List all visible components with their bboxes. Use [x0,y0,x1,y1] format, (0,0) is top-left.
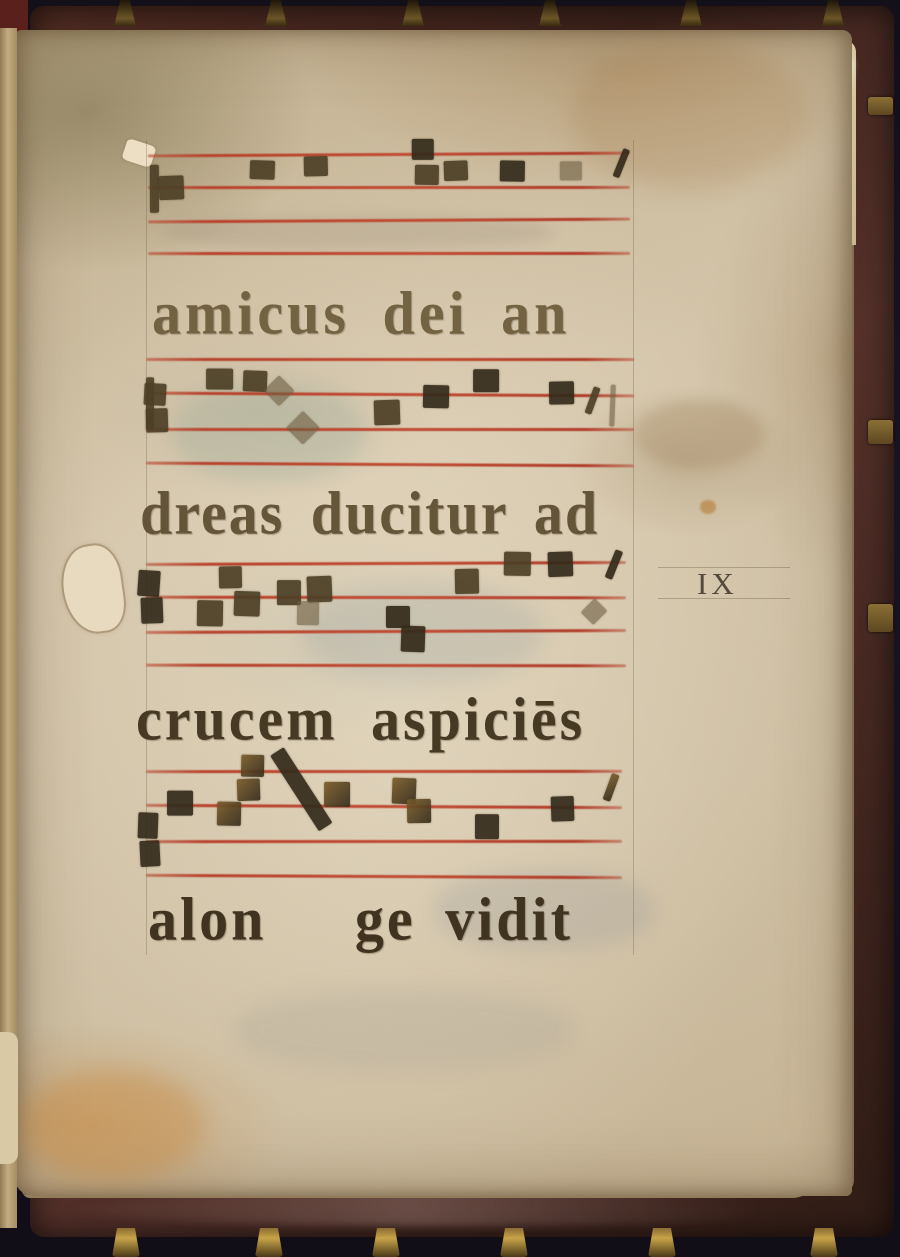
neume-square [146,408,169,433]
neume-square [304,156,328,176]
staff-line [146,462,634,467]
neume-square [386,606,410,628]
neume-square [401,626,426,653]
music-staff [146,770,622,891]
neume-square [475,814,499,839]
neume-square [473,369,499,392]
neume-square [407,799,431,823]
staff-line [146,840,622,843]
neume-square [443,160,468,181]
chant-text-line-3: crucem aspiciēs [136,684,585,754]
neume-diamond [286,411,320,445]
neume-square [158,175,184,200]
stain [634,400,764,470]
neume-square [306,576,332,603]
music-staff [146,357,634,478]
neume-square [324,782,350,807]
under-page-bottom-left [0,1032,18,1164]
folio-number: IX [697,566,738,602]
neume-square [219,566,242,588]
neume-square [560,161,582,180]
neume-square [141,597,164,624]
neume-square [217,802,241,826]
verso-show-through [234,990,574,1070]
ruling-line-right [633,140,634,955]
neume-slash [603,773,620,802]
neume-square [423,385,449,409]
neume-square [138,812,159,839]
chant-text-line-1: amicus dei an [152,278,570,348]
neume-square [500,160,525,181]
staff-line [148,252,630,255]
staff-line [146,664,626,667]
neume-square [297,601,319,625]
neume-square [549,381,574,404]
neume-square [415,165,439,185]
neume-square [167,791,193,816]
clasp-fitting [868,420,893,444]
neume-square [206,369,233,390]
neume-square [551,796,575,822]
staff-line [146,629,626,634]
neume-square [234,591,261,617]
neume-square [143,383,166,406]
staff-line [146,428,634,431]
neume-square [139,840,160,867]
stain [24,1070,204,1180]
neume-square [374,400,401,426]
staff-line [148,186,630,189]
music-staff [146,562,626,683]
clef-bar [150,165,159,213]
chant-text-line-4: alon ge vidit [148,884,573,954]
chant-text-line-2: dreas ducitur ad [140,478,599,548]
neume-square [197,600,223,626]
neume-diamond [581,598,608,625]
neume-square [250,160,276,180]
staff-line [146,874,622,879]
neume-square [241,755,264,777]
neume-square [237,778,261,801]
neume-square [412,139,434,160]
neume-square [137,570,161,597]
staff-line [146,770,622,773]
flaked-parchment-patch [58,542,127,635]
neume-square [504,552,531,576]
stain [700,500,716,514]
clef-bar [609,385,616,427]
neume-slash [584,386,600,415]
clasp-fitting [868,97,893,115]
clasp-fitting [868,604,893,632]
neume-square [547,551,573,577]
staff-line [146,596,626,599]
staff-line [146,358,634,361]
neume-square [455,569,479,594]
music-staff [148,152,630,274]
manuscript-photo: amicus dei an dreas ducitur ad crucem as… [0,0,900,1257]
neume-diamond [264,375,295,406]
staff-line [148,218,630,223]
